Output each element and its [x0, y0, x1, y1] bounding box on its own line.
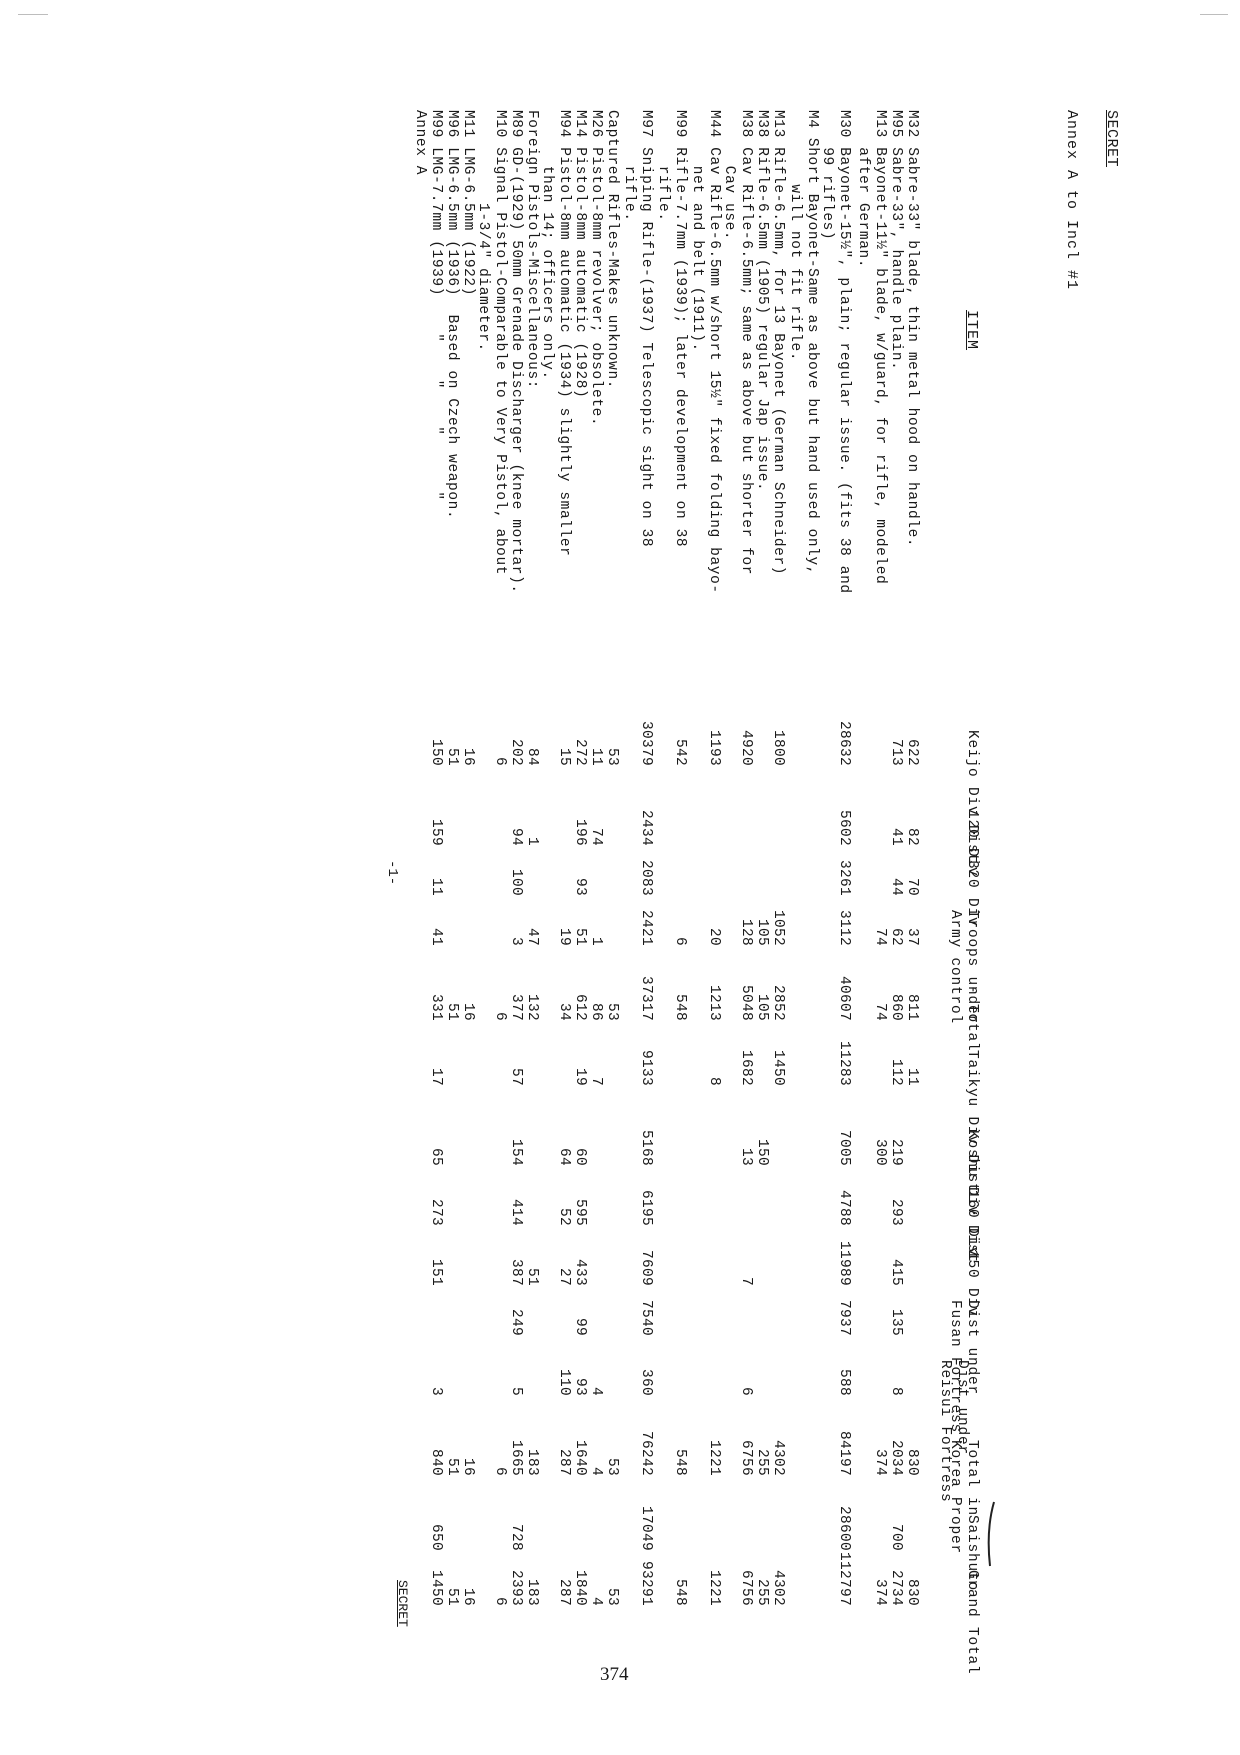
- value-cell: 4920: [738, 710, 755, 766]
- value-cell: 4: [588, 1550, 605, 1606]
- value-cell: 287: [556, 1420, 573, 1476]
- value-cell: 94: [508, 790, 525, 846]
- value-cell: 132: [524, 965, 541, 1021]
- value-cell: 255: [754, 1420, 771, 1476]
- value-cell: 2852: [770, 965, 787, 1021]
- value-cell: 548: [672, 1420, 689, 1476]
- value-cell: 1665: [508, 1420, 525, 1476]
- document-page: SECRET Annex A to Incl #1 ITEM Keijo Div…: [0, 0, 1240, 1755]
- value-cell: 93: [572, 1340, 589, 1396]
- value-cell: 17049: [638, 1495, 655, 1551]
- value-cell: 1800: [770, 710, 787, 766]
- value-cell: 548: [672, 965, 689, 1021]
- value-cell: 1682: [738, 1030, 755, 1086]
- value-cell: 74: [872, 965, 889, 1021]
- value-cell: 1: [588, 890, 605, 946]
- value-cell: 112797: [836, 1550, 853, 1606]
- value-cell: 44: [888, 840, 905, 896]
- value-cell: 612: [572, 965, 589, 1021]
- item-description: M94 Pistol-8mm automatic (1934) slightly…: [539, 110, 572, 640]
- item-description: M44 Cav Rifle-6.5mm w/short 15½" fixed f…: [689, 110, 722, 640]
- value-cell: 6: [492, 710, 509, 766]
- value-cell: 360: [638, 1340, 655, 1396]
- column-header-line: 160 Div: [963, 1190, 980, 1257]
- value-cell: 2734: [888, 1550, 905, 1606]
- column-header-line: - Total: [963, 985, 980, 1052]
- value-cell: 53: [604, 1550, 621, 1606]
- value-cell: 86: [588, 965, 605, 1021]
- item-description: M10 Signal Pistol-Comparable to Very Pis…: [475, 110, 508, 640]
- value-cell: 377: [508, 965, 525, 1021]
- value-cell: 51: [444, 1550, 461, 1606]
- value-cell: 57: [508, 1030, 525, 1086]
- value-cell: 11989: [836, 1230, 853, 1286]
- column-header: - Total: [963, 985, 980, 1052]
- classification-header: SECRET: [1103, 110, 1120, 167]
- value-cell: 415: [888, 1230, 905, 1286]
- value-cell: 51: [524, 1230, 541, 1286]
- item-description: M11 LMG-6.5mm (1922): [460, 110, 477, 640]
- value-cell: 1450: [428, 1550, 445, 1606]
- value-cell: 64: [556, 1110, 573, 1166]
- value-cell: 5168: [638, 1110, 655, 1166]
- value-cell: 27: [556, 1230, 573, 1286]
- value-cell: 4302: [770, 1420, 787, 1476]
- item-description: Captured Rifles-Makes unknown.: [604, 110, 621, 640]
- value-cell: 273: [428, 1170, 445, 1226]
- value-cell: 6756: [738, 1420, 755, 1476]
- value-cell: 65: [428, 1110, 445, 1166]
- value-cell: 84197: [836, 1420, 853, 1476]
- value-cell: 28632: [836, 710, 853, 766]
- value-cell: 542: [672, 710, 689, 766]
- value-cell: 8: [706, 1030, 723, 1086]
- value-cell: 1193: [706, 710, 723, 766]
- annex-footer-label: Annex A: [412, 110, 428, 175]
- item-description: M13 Rifle-6.5mm, for 13 Bayonet (German …: [770, 110, 787, 640]
- value-cell: 28600: [836, 1495, 853, 1551]
- value-cell: 16: [460, 1420, 477, 1476]
- value-cell: 159: [428, 790, 445, 846]
- value-cell: 62: [888, 890, 905, 946]
- value-cell: 622: [904, 710, 921, 766]
- value-cell: 5048: [738, 965, 755, 1021]
- value-cell: 150: [754, 1110, 771, 1166]
- item-description: M97 Sniping Rifle-(1937) Telescopic sigh…: [621, 110, 654, 640]
- value-cell: 548: [672, 1550, 689, 1606]
- value-cell: 287: [556, 1550, 573, 1606]
- value-cell: 128: [738, 890, 755, 946]
- value-cell: 293: [888, 1170, 905, 1226]
- value-cell: 2083: [638, 840, 655, 896]
- value-cell: 41: [888, 790, 905, 846]
- value-cell: 1221: [706, 1420, 723, 1476]
- value-cell: 1840: [572, 1550, 589, 1606]
- value-cell: 13: [738, 1110, 755, 1166]
- item-description: M38 Cav Rifle-6.5mm; same as above but s…: [721, 110, 754, 640]
- value-cell: 414: [508, 1170, 525, 1226]
- value-cell: 219: [888, 1110, 905, 1166]
- value-cell: 374: [872, 1420, 889, 1476]
- pen-mark-icon: [980, 1500, 1000, 1570]
- value-cell: 6: [672, 890, 689, 946]
- value-cell: 7: [738, 1230, 755, 1286]
- value-cell: 51: [444, 1420, 461, 1476]
- value-cell: 76242: [638, 1420, 655, 1476]
- value-cell: 100: [508, 840, 525, 896]
- value-cell: 7937: [836, 1280, 853, 1336]
- scan-artifact: [1200, 14, 1228, 15]
- column-header-line: Grand Total: [963, 1570, 980, 1675]
- value-cell: 11283: [836, 1030, 853, 1086]
- value-cell: 4788: [836, 1170, 853, 1226]
- value-cell: 650: [428, 1495, 445, 1551]
- item-description: Foreign Pistols-Miscellaneous:: [524, 110, 541, 640]
- value-cell: 16: [460, 965, 477, 1021]
- value-cell: 16: [460, 710, 477, 766]
- value-cell: 150: [428, 710, 445, 766]
- value-cell: 70: [904, 840, 921, 896]
- value-cell: 588: [836, 1340, 853, 1396]
- item-description: M96 LMG-6.5mm (1936) Based on Czech weap…: [444, 110, 461, 640]
- value-cell: 6: [492, 1420, 509, 1476]
- value-cell: 1640: [572, 1420, 589, 1476]
- value-cell: 700: [888, 1495, 905, 1551]
- inner-page-number: -1-: [384, 860, 400, 885]
- value-cell: 811: [904, 965, 921, 1021]
- value-cell: 1: [524, 790, 541, 846]
- value-cell: 272: [572, 710, 589, 766]
- value-cell: 112: [888, 1030, 905, 1086]
- item-description: M4 Short Bayonet-Same as above but hand …: [787, 110, 820, 640]
- value-cell: 183: [524, 1420, 541, 1476]
- value-cell: 99: [572, 1280, 589, 1336]
- value-cell: 84: [524, 710, 541, 766]
- value-cell: 16: [460, 1550, 477, 1606]
- value-cell: 51: [444, 965, 461, 1021]
- value-cell: 53: [604, 1420, 621, 1476]
- value-cell: 6756: [738, 1550, 755, 1606]
- item-description: M32 Sabre-33" blade, thin metal hood on …: [904, 110, 921, 640]
- value-cell: 82: [904, 790, 921, 846]
- item-description: M13 Bayonet-11½" blade, w/guard, for rif…: [855, 110, 888, 640]
- value-cell: 7609: [638, 1230, 655, 1286]
- column-header-line: Korea Proper: [946, 1440, 963, 1554]
- item-description: M99 LMG-7.7mm (1939) " " " ": [428, 110, 445, 640]
- value-cell: 713: [888, 710, 905, 766]
- value-cell: 11: [588, 710, 605, 766]
- value-cell: 387: [508, 1230, 525, 1286]
- annex-title: Annex A to Incl #1: [1063, 110, 1080, 290]
- value-cell: 40607: [836, 965, 853, 1021]
- value-cell: 202: [508, 710, 525, 766]
- scan-artifact: [18, 14, 48, 15]
- value-cell: 3112: [836, 890, 853, 946]
- value-cell: 255: [754, 1550, 771, 1606]
- value-cell: 19: [556, 890, 573, 946]
- value-cell: 331: [428, 965, 445, 1021]
- value-cell: 5602: [836, 790, 853, 846]
- value-cell: 6: [492, 965, 509, 1021]
- item-description: M14 Pistol-8mm automatic (1928): [572, 110, 589, 640]
- value-cell: 110: [556, 1340, 573, 1396]
- item-description: M95 Sabre-33", handle plain.: [888, 110, 905, 640]
- value-cell: 1221: [706, 1550, 723, 1606]
- value-cell: 47: [524, 890, 541, 946]
- value-cell: 840: [428, 1420, 445, 1476]
- value-cell: 1450: [770, 1030, 787, 1086]
- column-header: 160 Div: [963, 1190, 980, 1257]
- value-cell: 135: [888, 1280, 905, 1336]
- value-cell: 11: [904, 1030, 921, 1086]
- value-cell: 3: [428, 1340, 445, 1396]
- value-cell: 154: [508, 1110, 525, 1166]
- value-cell: 20: [706, 890, 723, 946]
- value-cell: 52: [556, 1170, 573, 1226]
- value-cell: 151: [428, 1230, 445, 1286]
- value-cell: 2034: [888, 1420, 905, 1476]
- classification-footer: SECRET: [395, 1580, 410, 1627]
- value-cell: 51: [444, 710, 461, 766]
- value-cell: 3261: [836, 840, 853, 896]
- item-description: M99 Rifle-7.7mm (1939); later developmen…: [655, 110, 688, 640]
- value-cell: 74: [588, 790, 605, 846]
- value-cell: 11: [428, 840, 445, 896]
- value-cell: 4: [588, 1340, 605, 1396]
- value-cell: 37317: [638, 965, 655, 1021]
- value-cell: 433: [572, 1230, 589, 1286]
- value-cell: 60: [572, 1110, 589, 1166]
- value-cell: 196: [572, 790, 589, 846]
- value-cell: 51: [572, 890, 589, 946]
- value-cell: 728: [508, 1495, 525, 1551]
- value-cell: 17: [428, 1030, 445, 1086]
- value-cell: 183: [524, 1550, 541, 1606]
- item-description: M38 Rifle-6.5mm (1905) regular Jap issue…: [754, 110, 771, 640]
- value-cell: 830: [904, 1550, 921, 1606]
- value-cell: 4302: [770, 1550, 787, 1606]
- value-cell: 830: [904, 1420, 921, 1476]
- value-cell: 7540: [638, 1280, 655, 1336]
- value-cell: 860: [888, 965, 905, 1021]
- value-cell: 6195: [638, 1170, 655, 1226]
- rotated-table-sheet: SECRET Annex A to Incl #1 ITEM Keijo Div…: [220, 110, 1120, 1670]
- value-cell: 41: [428, 890, 445, 946]
- value-cell: 34: [556, 965, 573, 1021]
- value-cell: 300: [872, 1110, 889, 1166]
- column-header: Grand Total: [963, 1570, 980, 1675]
- value-cell: 19: [572, 1030, 589, 1086]
- value-cell: 93291: [638, 1550, 655, 1606]
- value-cell: 3: [508, 890, 525, 946]
- value-cell: 105: [754, 890, 771, 946]
- value-cell: 7: [588, 1030, 605, 1086]
- value-cell: 37: [904, 890, 921, 946]
- value-cell: 53: [604, 965, 621, 1021]
- value-cell: 1052: [770, 890, 787, 946]
- item-description: M26 Pistol-8mm revolver; obsolete.: [588, 110, 605, 640]
- value-cell: 53: [604, 710, 621, 766]
- value-cell: 74: [872, 890, 889, 946]
- item-description: M30 Bayonet-15½", plain; regular issue. …: [819, 110, 852, 640]
- value-cell: 374: [872, 1550, 889, 1606]
- page-number: 374: [600, 1664, 629, 1686]
- value-cell: 4: [588, 1420, 605, 1476]
- value-cell: 6: [738, 1340, 755, 1396]
- value-cell: 105: [754, 965, 771, 1021]
- value-cell: 249: [508, 1280, 525, 1336]
- column-header-line: Army control: [946, 910, 963, 1024]
- item-description: M89 GD-(1929) 50mm Grenade Discharger (k…: [508, 110, 525, 640]
- value-cell: 93: [572, 840, 589, 896]
- value-cell: 8: [888, 1340, 905, 1396]
- value-cell: 30379: [638, 710, 655, 766]
- item-column-header: ITEM: [963, 310, 980, 350]
- value-cell: 9133: [638, 1030, 655, 1086]
- value-cell: 2421: [638, 890, 655, 946]
- value-cell: 595: [572, 1170, 589, 1226]
- value-cell: 2393: [508, 1550, 525, 1606]
- value-cell: 1213: [706, 965, 723, 1021]
- value-cell: 2434: [638, 790, 655, 846]
- value-cell: 15: [556, 710, 573, 766]
- value-cell: 5: [508, 1340, 525, 1396]
- value-cell: 6: [492, 1550, 509, 1606]
- value-cell: 7005: [836, 1110, 853, 1166]
